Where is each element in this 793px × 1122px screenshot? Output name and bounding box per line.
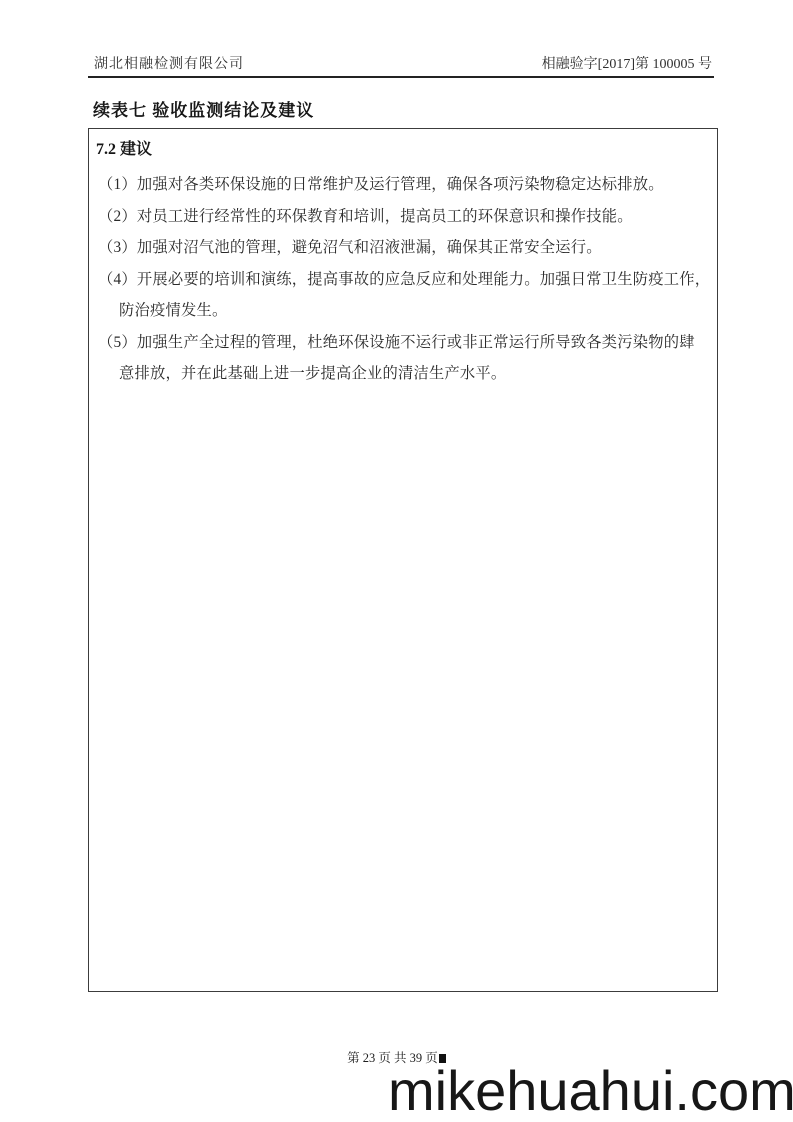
list-item: （2）对员工进行经常性的环保教育和培训，提高员工的环保意识和操作技能。 <box>98 201 715 233</box>
header-rule <box>88 76 714 78</box>
list-item-line: （4）开展必要的培训和演练，提高事故的应急反应和处理能力。加强日常卫生防疫工作， <box>98 264 715 296</box>
list-item-line: 防治疫情发生。 <box>119 295 715 327</box>
list-item: （5）加强生产全过程的管理，杜绝环保设施不运行或非正常运行所导致各类污染物的肆 … <box>98 327 715 390</box>
document-page: 湖北相融检测有限公司 相融验字[2017]第 100005 号 续表七 验收监测… <box>0 0 793 1122</box>
suggestion-list: （1）加强对各类环保设施的日常维护及运行管理，确保各项污染物稳定达标排放。 （2… <box>98 169 715 390</box>
list-item-line: （2）对员工进行经常性的环保教育和培训，提高员工的环保意识和操作技能。 <box>98 201 715 233</box>
list-item-line: （5）加强生产全过程的管理，杜绝环保设施不运行或非正常运行所导致各类污染物的肆 <box>98 327 715 359</box>
list-item: （4）开展必要的培训和演练，提高事故的应急反应和处理能力。加强日常卫生防疫工作，… <box>98 264 715 327</box>
page-title: 续表七 验收监测结论及建议 <box>93 96 314 121</box>
list-item-line: 意排放，并在此基础上进一步提高企业的清洁生产水平。 <box>119 358 715 390</box>
list-item: （3）加强对沼气池的管理，避免沼气和沼液泄漏，确保其正常安全运行。 <box>98 232 715 264</box>
list-item-line: （3）加强对沼气池的管理，避免沼气和沼液泄漏，确保其正常安全运行。 <box>98 232 715 264</box>
watermark-text: mikehuahui.com <box>388 1058 793 1122</box>
content-box: 7.2 建议 （1）加强对各类环保设施的日常维护及运行管理，确保各项污染物稳定达… <box>88 128 718 992</box>
header-company-name: 湖北相融检测有限公司 <box>94 53 244 73</box>
list-item: （1）加强对各类环保设施的日常维护及运行管理，确保各项污染物稳定达标排放。 <box>98 169 715 201</box>
list-item-line: （1）加强对各类环保设施的日常维护及运行管理，确保各项污染物稳定达标排放。 <box>98 169 715 201</box>
header-document-number: 相融验字[2017]第 100005 号 <box>542 53 712 73</box>
subsection-heading: 7.2 建议 <box>96 139 717 161</box>
